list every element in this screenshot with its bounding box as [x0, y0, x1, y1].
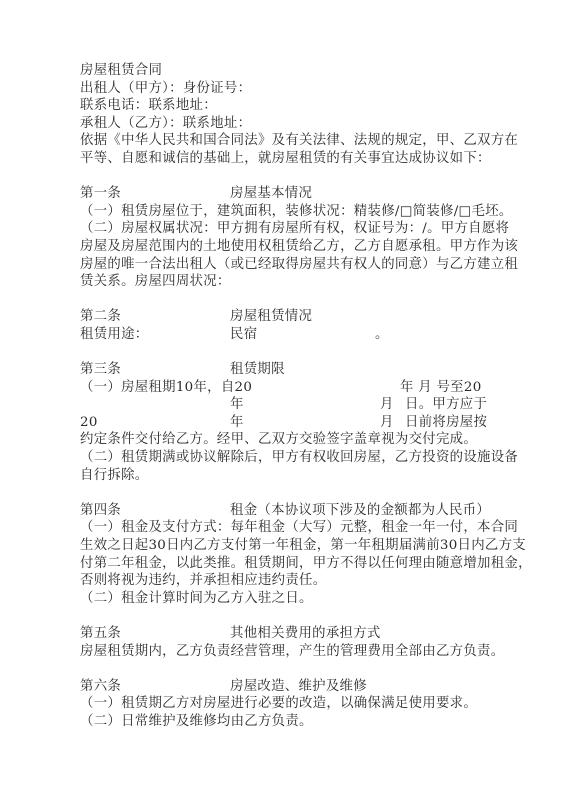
spacer [80, 660, 500, 678]
spacer [80, 291, 500, 309]
article-heading: 租赁期限 [230, 361, 285, 379]
article-1-line: （一）租赁房屋位于，建筑面积，装修状况：精装修/□简装修/□毛坯。 [80, 203, 500, 221]
term-day: 日。甲方应于 [405, 396, 487, 414]
term-end-date: 年 月 号至20 [400, 379, 482, 397]
article-heading: 房屋租赁情况 [230, 308, 312, 326]
delivery-month: 月 [380, 414, 394, 432]
article-number: 第四条 [80, 502, 121, 520]
lessor-info: 出租人（甲方）：身份证号： [80, 80, 500, 98]
article-1-line: 赁关系。房屋四周状况： [80, 273, 500, 291]
article-heading: 房屋基本情况 [230, 185, 312, 203]
article-3-line: 自行拆除。 [80, 467, 500, 485]
lessee-info: 承租人（乙方）：联系地址： [80, 115, 500, 133]
preamble-line: 平等、自愿和诚信的基础上，就房屋租赁的有关事宜达成协议如下： [80, 150, 500, 168]
article-4-line: 生效之日起30日内乙方支付第一年租金，第一年租期届满前30日内乙方支 [80, 537, 500, 555]
article-5-line: 房屋租赁期内，乙方负责经营管理，产生的管理费用全部由乙方负责。 [80, 643, 500, 661]
article-6-line: （一）租赁期乙方对房屋进行必要的改造，以确保满足使用要求。 [80, 695, 500, 713]
article-number: 第六条 [80, 678, 121, 696]
article-1-line: 房屋及房屋范围内的土地使用权租赁给乙方，乙方自愿承租。甲方作为该 [80, 238, 500, 256]
article-4-line: 否则将视为违约，并承担相应违约责任。 [80, 572, 500, 590]
spacer [80, 344, 500, 362]
term-line-1: （一）房屋租期10年，自20 年 月 号至20 [80, 379, 500, 397]
article-number: 第一条 [80, 185, 121, 203]
article-number: 第二条 [80, 308, 121, 326]
spacer [80, 484, 500, 502]
article-3-line: （二）租赁期满或协议解除后，甲方有权收回房屋，乙方投资的设施设备 [80, 449, 500, 467]
document-title: 房屋租赁合同 [80, 62, 500, 80]
article-4-header: 第四条 租金（本协议项下涉及的金额都为人民币） [80, 502, 500, 520]
article-3-header: 第三条 租赁期限 [80, 361, 500, 379]
delivery-day: 日前将房屋按 [405, 414, 487, 432]
article-3-line: 约定条件交付给乙方。经甲、乙双方交验签字盖章视为交付完成。 [80, 431, 500, 449]
rental-use-end: 。 [375, 326, 389, 344]
article-heading: 房屋改造、维护及维修 [230, 678, 367, 696]
article-4-line: 付第二年租金，以此类推。租赁期间，甲方不得以任何理由随意增加租金， [80, 555, 500, 573]
article-1-line: （二）房屋权属状况：甲方拥有房屋所有权，权证号为：/。甲方自愿将 [80, 220, 500, 238]
article-heading: 租金（本协议项下涉及的金额都为人民币） [230, 502, 490, 520]
rental-use-row: 租赁用途： 民宿 。 [80, 326, 500, 344]
article-1-header: 第一条 房屋基本情况 [80, 185, 500, 203]
article-6-header: 第六条 房屋改造、维护及维修 [80, 678, 500, 696]
article-number: 第五条 [80, 625, 121, 643]
rental-use-label: 租赁用途： [80, 326, 148, 344]
article-2-header: 第二条 房屋租赁情况 [80, 308, 500, 326]
term-month: 月 [380, 396, 394, 414]
delivery-year-prefix: 20 [80, 414, 98, 432]
term-line-2: 年 月 日。甲方应于 [80, 396, 500, 414]
delivery-year: 年 [230, 414, 244, 432]
article-1-line: 房屋的唯一合法出租人（或已经取得房屋共有权人的同意）与乙方建立租 [80, 256, 500, 274]
term-line-3: 20 年 月 日前将房屋按 [80, 414, 500, 432]
term-year: 年 [230, 396, 244, 414]
article-heading: 其他相关费用的承担方式 [230, 625, 381, 643]
contract-document: 房屋租赁合同 出租人（甲方）：身份证号： 联系电话：联系地址： 承租人（乙方）：… [80, 62, 500, 731]
term-start: （一）房屋租期10年，自20 [80, 379, 252, 397]
article-5-header: 第五条 其他相关费用的承担方式 [80, 625, 500, 643]
article-6-line: （二）日常维护及维修均由乙方负责。 [80, 713, 500, 731]
spacer [80, 168, 500, 186]
article-number: 第三条 [80, 361, 121, 379]
rental-use-value: 民宿 [230, 326, 257, 344]
article-4-line: （一）租金及支付方式：每年租金（大写）元整，租金一年一付，本合同 [80, 519, 500, 537]
preamble-line: 依据《中华人民共和国合同法》及有关法律、法规的规定，甲、乙双方在 [80, 132, 500, 150]
spacer [80, 607, 500, 625]
contact-info: 联系电话：联系地址： [80, 97, 500, 115]
article-4-line: （二）租金计算时间为乙方入驻之日。 [80, 590, 500, 608]
